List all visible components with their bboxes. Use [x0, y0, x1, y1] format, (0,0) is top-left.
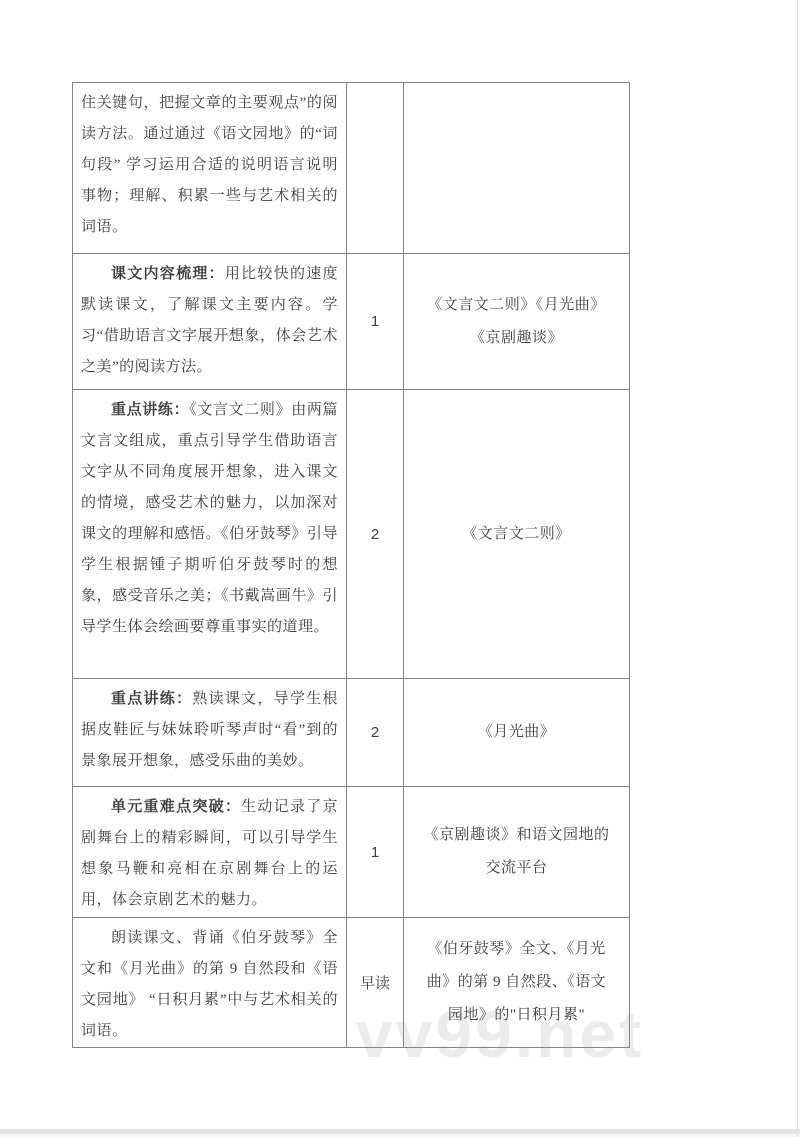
materials-text: 《伯牙鼓琴》全文、《月光 曲》的第 9 自然段、《语文 园地》的"日积月累" — [404, 933, 629, 1032]
content-body-text: 朗读课文、背诵《伯牙鼓琴》全文和《月光曲》的第 9 自然段和《语文园地》 “日积… — [81, 930, 338, 1039]
cell-materials: 《京剧趣谈》和语文园地的 交流平台 — [404, 787, 630, 918]
cell-materials: 《伯牙鼓琴》全文、《月光 曲》的第 9 自然段、《语文 园地》的"日积月累" — [404, 918, 630, 1048]
cell-content: 朗读课文、背诵《伯牙鼓琴》全文和《月光曲》的第 9 自然段和《语文园地》 “日积… — [73, 918, 347, 1048]
content-text: 重点讲练：熟读课文，导学生根据皮鞋匠与妹妹聆听琴声时“看”到的景象展开想象，感受… — [81, 684, 338, 777]
cell-content: 课文内容梳理：用比较快的速度默读课文，了解课文主要内容。学习“借助语言文字展开想… — [73, 254, 347, 390]
content-lead-label: 课文内容梳理： — [111, 266, 225, 282]
cell-hours: 1 — [347, 787, 404, 918]
hours-value: 2 — [347, 526, 403, 543]
document-page: vv99.net 住关键句，把握文章的主要观点”的阅读方法。通过通过《语文园地》… — [0, 0, 800, 1137]
cell-hours: 1 — [347, 254, 404, 390]
cell-materials — [404, 83, 630, 254]
table-row: 重点讲练：《文言文二则》由两篇文言文组成，重点引导学生借助语言文字从不同角度展开… — [73, 390, 630, 679]
materials-text: 《月光曲》 — [404, 716, 629, 749]
hours-value: 1 — [347, 844, 403, 861]
content-body-text: 《文言文二则》由两篇文言文组成，重点引导学生借助语言文字从不同角度展开想象，进入… — [81, 402, 338, 635]
cell-materials: 《月光曲》 — [404, 679, 630, 787]
table-row: 住关键句，把握文章的主要观点”的阅读方法。通过通过《语文园地》的“词句段” 学习… — [73, 83, 630, 254]
content-lead-label: 重点讲练： — [111, 691, 192, 707]
content-body-text: 生动记录了京剧舞台上的精彩瞬间，可以引导学生想象马鞭和亮相在京剧舞台上的运用，体… — [81, 799, 338, 908]
cell-content: 重点讲练：《文言文二则》由两篇文言文组成，重点引导学生借助语言文字从不同角度展开… — [73, 390, 347, 679]
materials-text: 《文言文二则》 — [404, 518, 629, 551]
content-body-text: 用比较快的速度默读课文，了解课文主要内容。学习“借助语言文字展开想象，体会艺术之… — [81, 266, 338, 375]
cell-content: 重点讲练：熟读课文，导学生根据皮鞋匠与妹妹聆听琴声时“看”到的景象展开想象，感受… — [73, 679, 347, 787]
cell-content: 住关键句，把握文章的主要观点”的阅读方法。通过通过《语文园地》的“词句段” 学习… — [73, 83, 347, 254]
table-row: 重点讲练：熟读课文，导学生根据皮鞋匠与妹妹聆听琴声时“看”到的景象展开想象，感受… — [73, 679, 630, 787]
content-body-text: 住关键句，把握文章的主要观点”的阅读方法。通过通过《语文园地》的“词句段” 学习… — [81, 95, 338, 235]
page-right-edge — [797, 0, 798, 1137]
content-text: 住关键句，把握文章的主要观点”的阅读方法。通过通过《语文园地》的“词句段” 学习… — [81, 88, 338, 243]
content-lead-label: 重点讲练： — [111, 402, 189, 418]
lesson-plan-table: 住关键句，把握文章的主要观点”的阅读方法。通过通过《语文园地》的“词句段” 学习… — [72, 82, 630, 1048]
content-text: 课文内容梳理：用比较快的速度默读课文，了解课文主要内容。学习“借助语言文字展开想… — [81, 259, 338, 383]
content-text: 朗读课文、背诵《伯牙鼓琴》全文和《月光曲》的第 9 自然段和《语文园地》 “日积… — [81, 923, 338, 1047]
content-text: 单元重难点突破：生动记录了京剧舞台上的精彩瞬间，可以引导学生想象马鞭和亮相在京剧… — [81, 792, 338, 916]
materials-text: 《京剧趣谈》和语文园地的 交流平台 — [404, 819, 629, 885]
table-row: 朗读课文、背诵《伯牙鼓琴》全文和《月光曲》的第 9 自然段和《语文园地》 “日积… — [73, 918, 630, 1048]
hours-value: 2 — [347, 724, 403, 741]
cell-content: 单元重难点突破：生动记录了京剧舞台上的精彩瞬间，可以引导学生想象马鞭和亮相在京剧… — [73, 787, 347, 918]
materials-text: 《文言文二则》《月光曲》 《京剧趣谈》 — [404, 289, 629, 355]
cell-hours: 2 — [347, 390, 404, 679]
cell-materials: 《文言文二则》《月光曲》 《京剧趣谈》 — [404, 254, 630, 390]
table-row: 单元重难点突破：生动记录了京剧舞台上的精彩瞬间，可以引导学生想象马鞭和亮相在京剧… — [73, 787, 630, 918]
cell-hours: 早读 — [347, 918, 404, 1048]
content-lead-label: 单元重难点突破： — [111, 799, 241, 815]
content-text: 重点讲练：《文言文二则》由两篇文言文组成，重点引导学生借助语言文字从不同角度展开… — [81, 395, 338, 643]
cell-hours — [347, 83, 404, 254]
hours-value: 1 — [347, 313, 403, 330]
table-row: 课文内容梳理：用比较快的速度默读课文，了解课文主要内容。学习“借助语言文字展开想… — [73, 254, 630, 390]
hours-value: 早读 — [347, 972, 403, 993]
cell-materials: 《文言文二则》 — [404, 390, 630, 679]
cell-hours: 2 — [347, 679, 404, 787]
